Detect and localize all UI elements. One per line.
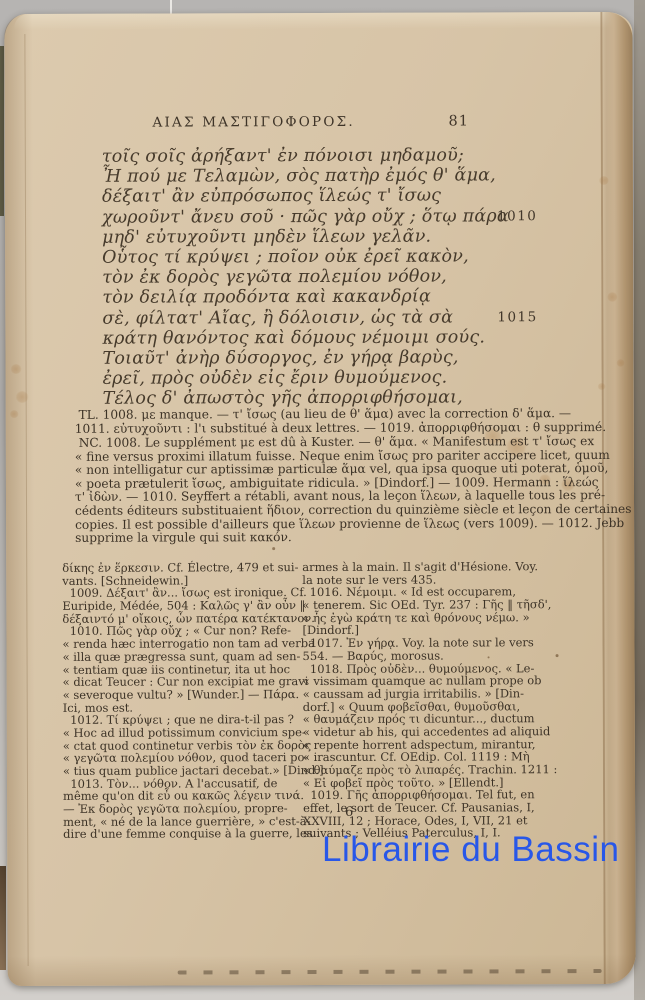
verse-line: Ἦ πού με Τελαμὼν, σὸς πατὴρ ἐμός θ' ἅμα, [102, 165, 572, 187]
commentary-line: dire d'une femme conquise à la guerre, l… [63, 828, 299, 842]
running-head: ΑΙΑΣ ΜΑΣΤΙΓΟΦΟΡΟΣ. 81 [5, 113, 633, 115]
page-gutter-shadow [4, 14, 35, 986]
verse-text: χωροῦντ' ἄνευ σοῦ · πῶς γὰρ οὔχ ; ὅτῳ πά… [102, 206, 509, 227]
verse-line: τοῖς σοῖς ἀρήξαντ' ἐν πόνοισι μηδαμοῦ; [102, 145, 572, 167]
verse-text: Τοιαῦτ' ἀνὴρ δύσοργος, ἐν γήρᾳ βαρὺς, [102, 347, 458, 368]
nc-note-line: copies. Il est possible d'ailleurs que ἵ… [75, 517, 565, 532]
verse-text: Οὗτος τί κρύψει ; ποῖον οὐκ ἐρεῖ κακὸν, [102, 246, 469, 267]
greek-verse-block: τοῖς σοῖς ἀρήξαντ' ἐν πόνοισι μηδαμοῦ;Ἦ … [102, 145, 573, 409]
commentary-line: « severoque vultu? » [Wunder.] — Πάρα. [63, 688, 299, 702]
verse-line: τὸν δειλίᾳ προδόντα καὶ κακανδρίᾳ [102, 286, 572, 308]
foxing-spot [617, 359, 625, 367]
verse-text: τὸν ἐκ δορὸς γεγῶτα πολεμίου νόθον, [102, 267, 447, 288]
verse-line-number: 1015 [497, 307, 537, 327]
foxing-spot [598, 383, 606, 390]
page-top-highlight [14, 12, 622, 30]
foxing-spot [16, 391, 29, 403]
backdrop-right-strip [634, 0, 645, 1000]
verse-text: σὲ, φίλτατ' Αἴας, ἢ δόλοισιν, ὡς τὰ σὰ [102, 307, 453, 328]
foxing-spot [599, 176, 609, 185]
book-photo: ΑΙΑΣ ΜΑΣΤΙΓΟΦΟΡΟΣ. 81 τοῖς σοῖς ἀρήξαντ'… [0, 0, 645, 1000]
verse-line: Τοιαῦτ' ἀνὴρ δύσοργος, ἐν γήρᾳ βαρὺς, [102, 347, 572, 369]
verse-text: δέξαιτ' ἂν εὐπρόσωπος ἵλεώς τ' ἴσως [102, 186, 441, 207]
commentary-line: « caussam ad jurgia irritabilis. » [Din- [303, 687, 575, 701]
verse-line: χωροῦντ' ἄνευ σοῦ · πῶς γὰρ οὔχ ; ὅτῳ πά… [102, 206, 572, 228]
verse-text: ἐρεῖ, πρὸς οὐδὲν εἰς ἔριν θυμούμενος. [103, 368, 448, 389]
verse-line: μηδ' εὐτυχοῦντι μηδὲν ἵλεων γελᾶν. [102, 226, 572, 248]
verse-text: τοῖς σοῖς ἀρήξαντ' ἐν πόνοισι μηδαμοῦ; [102, 145, 464, 166]
bookseller-watermark: Librairie du Bassin [322, 830, 619, 870]
commentary-column-left: δίκης ἐν ἕρκεσιν. Cf. Électre, 479 et su… [62, 561, 299, 841]
signature-mark: 6 [337, 805, 361, 820]
running-title: ΑΙΑΣ ΜΑΣΤΙΓΟΦΟΡΟΣ. [104, 114, 404, 131]
verse-line: Οὗτος τί κρύψει ; ποῖον οὐκ ἐρεῖ κακὸν, [102, 246, 572, 268]
verse-text: Ἦ πού με Τελαμὼν, σὸς πατὴρ ἐμός θ' ἅμα, [102, 166, 496, 187]
verse-line: τὸν ἐκ δορὸς γεγῶτα πολεμίου νόθον, [102, 266, 572, 288]
commentary-line: armes à la main. Il s'agit d'Hésione. Vo… [302, 560, 574, 574]
book-cover-edge-bottom [0, 866, 6, 970]
book-cover-edge [0, 46, 4, 216]
verse-line: κράτη θανόντος καὶ δόμους νέμοιμι σούς. [102, 327, 572, 349]
verse-line: σὲ, φίλτατ' Αἴας, ἢ δόλοισιν, ὡς τὰ σὰ10… [102, 307, 572, 329]
verse-text: μηδ' εὐτυχοῦντι μηδὲν ἵλεων γελᾶν. [102, 226, 431, 247]
page-number: 81 [439, 113, 479, 129]
foxing-spot [11, 364, 22, 374]
foxing-spot [607, 292, 617, 302]
commentary-column-right: armes à la main. Il s'agit d'Hésione. Vo… [302, 560, 575, 840]
verse-line: δέξαιτ' ἂν εὐπρόσωπος ἵλεώς τ' ἴσως [102, 185, 572, 207]
foxing-spot [10, 410, 19, 418]
nc-note-line: supprime la virgule qui suit κακόν. [75, 530, 565, 545]
verse-text: τὸν δειλίᾳ προδόντα καὶ κακανδρίᾳ [102, 287, 431, 308]
verse-line: ἐρεῖ, πρὸς οὐδὲν εἰς ἔριν θυμούμενος. [103, 367, 573, 389]
backdrop-page-edge-line [170, 0, 172, 14]
nc-apparatus-note: NC. 1008. Le supplément με est dû à Kust… [75, 435, 565, 545]
verse-text: κράτη θανόντος καὶ δόμους νέμοιμι σούς. [102, 327, 485, 348]
ink-speck [272, 547, 275, 550]
verse-line-number: 1010 [497, 206, 537, 226]
